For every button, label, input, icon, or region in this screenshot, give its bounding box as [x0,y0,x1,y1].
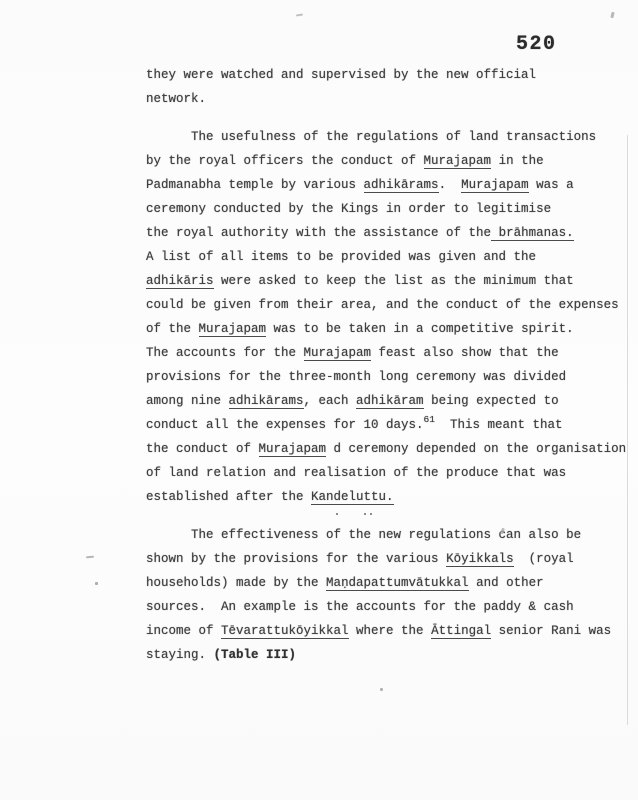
text-line: of land relation and realisation of the … [146,461,626,485]
scan-speck-tick-topright [610,12,614,19]
kandeluttu-underdot-2 [364,513,366,515]
text-segment: income of [146,624,221,638]
text-segment: established after the [146,490,311,504]
text-line: by the royal officers the conduct of Mur… [146,149,626,173]
underlined-term: adhikārams [364,178,439,193]
text-segment: of the [146,322,199,336]
text-segment: by the royal officers the conduct of [146,154,424,168]
text-segment: was a [529,178,574,192]
text-line: shown by the provisions for the various … [146,547,626,571]
text-line: A list of all items to be provided was g… [146,245,626,269]
underlined-term: Murajapam [199,322,267,337]
kandeluttu-underdot-3 [370,513,372,515]
text-line: Padmanabha temple by various adhikārams.… [146,173,626,197]
underlined-term: Kōyikkals [446,552,514,567]
text-line: they were watched and supervised by the … [146,63,626,87]
text-line: The effectiveness of the new regulations… [146,523,626,547]
text-line: sources. An example is the accounts for … [146,595,626,619]
text-line: adhikāris were asked to keep the list as… [146,269,626,293]
text-segment: The usefulness of the regulations of lan… [146,130,596,144]
text-segment: could be given from their area, and the … [146,298,619,312]
text-line: staying. (Table III) [146,643,626,667]
text-segment: the conduct of [146,442,259,456]
text-line: The accounts for the Murajapam feast als… [146,341,626,365]
text-line: network. [146,87,626,111]
text-segment: Padmanabha temple by various [146,178,364,192]
text-segment: conduct all the expenses for 10 days. [146,418,424,432]
underlined-term: Murajapam [304,346,372,361]
page-number: 520 [516,33,557,56]
text-segment: of land relation and realisation of the … [146,466,566,480]
table-reference: (Table III) [214,648,297,662]
text-line: among nine adhikārams, each adhikāram be… [146,389,626,413]
text-segment: network. [146,92,206,106]
underlined-term: Murajapam [259,442,327,457]
text-segment: where the [349,624,432,638]
paragraph: The effectiveness of the new regulations… [146,523,626,667]
text-segment: households) made by the [146,576,326,590]
underlined-term: Tēvarattukōyikkal [221,624,349,639]
paragraph: they were watched and supervised by the … [146,63,626,111]
underlined-term: Murajapam [461,178,529,193]
text-line: could be given from their area, and the … [146,293,626,317]
text-segment: feast also show that the [371,346,559,360]
text-segment: The effectiveness of the new regulations… [146,528,581,542]
text-segment: . [439,178,462,192]
text-line: households) made by the Maṇdapattumvātuk… [146,571,626,595]
footnote-ref: 61 [424,414,435,425]
underlined-term: brāhmanas. [491,226,574,241]
text-segment: This meant that [435,418,563,432]
text-segment: was to be taken in a competitive spirit. [266,322,574,336]
underlined-term: Murajapam [424,154,492,169]
scan-speck-dot-left [95,582,98,585]
text-segment: (royal [514,552,574,566]
underlined-term: Āttingal [431,624,491,639]
underlined-term: adhikārams [229,394,304,409]
text-segment: they were watched and supervised by the … [146,68,536,82]
text-line: provisions for the three-month long cere… [146,365,626,389]
text-segment: A list of all items to be provided was g… [146,250,536,264]
scan-edge-line [627,135,628,725]
scanned-page: 520 they were watched and supervised by … [0,0,638,800]
underlined-term: adhikāris [146,274,214,289]
text-segment: senior Rani was [491,624,611,638]
text-line: income of Tēvarattukōyikkal where the Āt… [146,619,626,643]
scan-speck-dot-bottom [380,688,383,691]
text-segment: provisions for the three-month long cere… [146,370,566,384]
text-line: The usefulness of the regulations of lan… [146,125,626,149]
underlined-term: Kandeluttu. [311,490,394,505]
text-segment: among nine [146,394,229,408]
underlined-term: adhikāram [356,394,424,409]
scan-speck-dash-left [86,556,94,559]
text-line: established after the Kandeluttu. [146,485,626,509]
text-segment: shown by the provisions for the various [146,552,446,566]
text-line: the royal authority with the assistance … [146,221,626,245]
text-segment: ceremony conducted by the Kings in order… [146,202,551,216]
text-segment: sources. An example is the accounts for … [146,600,574,614]
text-line: the conduct of Murajapam d ceremony depe… [146,437,626,461]
scan-speck-dash-top [296,14,303,17]
text-block: they were watched and supervised by the … [146,63,626,681]
text-segment: and other [469,576,544,590]
text-segment: were asked to keep the list as the minim… [214,274,574,288]
text-line: of the Murajapam was to be taken in a co… [146,317,626,341]
paragraph: The usefulness of the regulations of lan… [146,125,626,509]
underlined-term: Maṇdapattumvātukkal [326,576,469,591]
kandeluttu-underdot-1 [336,513,338,515]
text-segment: in the [491,154,544,168]
text-segment: being expected to [424,394,559,408]
text-segment: d ceremony depended on the organisation [326,442,626,456]
text-line: conduct all the expenses for 10 days.61 … [146,413,626,437]
text-segment: The accounts for the [146,346,304,360]
text-line: ceremony conducted by the Kings in order… [146,197,626,221]
text-segment: the royal authority with the assistance … [146,226,491,240]
text-segment: staying. [146,648,214,662]
text-segment: , each [304,394,357,408]
